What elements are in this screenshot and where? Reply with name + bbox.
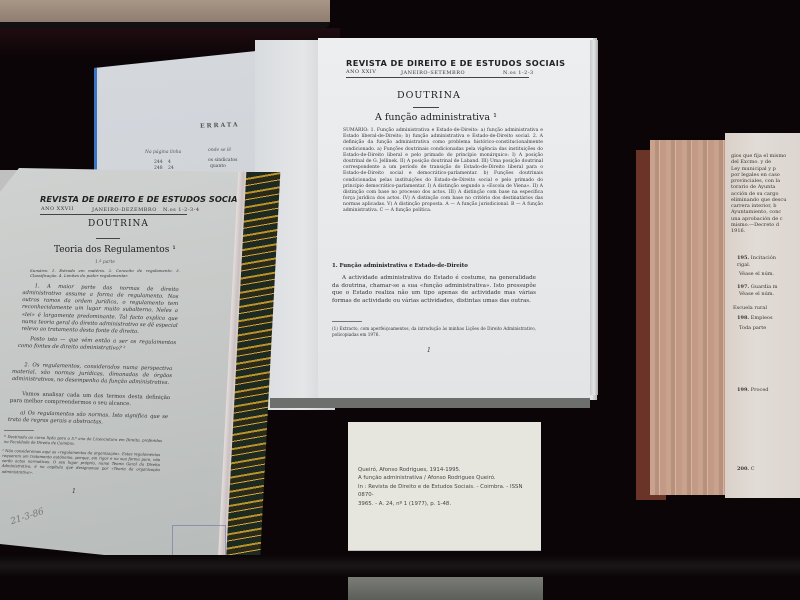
article-part: 1.ª parte [95, 260, 115, 265]
article-paragraph: Posto isto — que vêm então a ser os regu… [18, 336, 176, 354]
entry-text: Incitación [751, 255, 776, 261]
masthead-rule [40, 214, 187, 215]
entry-number: 195. [737, 255, 749, 261]
errata-row-page: 248 [154, 166, 163, 171]
book-base [270, 398, 590, 408]
center-journal-page: REVISTA DE DIREITO E DE ESTUDOS SOCIAIS … [318, 38, 593, 400]
errata-row-line: 24 [168, 166, 174, 171]
page-edges [590, 40, 598, 395]
entry: 198. Empleos [737, 315, 773, 321]
footnote: ² Não consideramos aqui os «regulamentos… [2, 448, 161, 478]
right-book-text: gios que fija el mismo del Excmo. y de L… [731, 153, 786, 234]
right-book-page: gios que fija el mismo del Excmo. y de L… [725, 133, 800, 498]
entry-text: Proced [751, 387, 769, 393]
entry-text: Guardia m [751, 284, 778, 290]
entry: Véase el núm. [739, 291, 774, 297]
journal-issue: N.os 1-2-3-4 [163, 207, 200, 213]
entry: 197. Guardia m [737, 284, 777, 290]
section-title: DOUTRINA [88, 219, 149, 229]
section-rule [96, 238, 120, 239]
journal-masthead: REVISTA DE DIREITO E DE ESTUDOS SOCIAIS [346, 58, 565, 68]
card-issue: 3965. - A. 24, nº 1 (1977), p. 1-48. [358, 500, 538, 508]
article-paragraph: a) Os regulamentos são normas. Isto sign… [8, 410, 168, 428]
journal-year: ANO XXVII [41, 206, 74, 212]
errata-row-read: os sindicatos [208, 158, 237, 163]
page-number: 1 [72, 488, 76, 495]
footnote: (1) Extracto, com aperfeiçoamentos, da i… [332, 326, 536, 337]
errata-col-page: Na página linha [145, 150, 181, 155]
entry: 195. Incitación [737, 255, 776, 261]
display-shelf [0, 555, 800, 577]
page-number: 1 [427, 347, 431, 354]
entry-number: 197. [737, 284, 749, 290]
journal-issue: N.os 1-2-3 [503, 70, 534, 76]
text-line: 1916. [731, 228, 786, 234]
footnote-rule [332, 321, 362, 322]
journal-period: JANEIRO-DEZEMBRO [92, 207, 157, 213]
top-shelf-book [0, 0, 330, 28]
errata-row-line: 4 [168, 160, 171, 165]
article-title: Teoria dos Regulamentos ¹ [54, 245, 176, 255]
journal-period: JANEIRO-SETEMBRO [401, 70, 465, 76]
card-title: A função administrativa / Afonso Rodrigu… [358, 474, 538, 482]
footnote: * Destinado ao curso lição para o 5.º an… [4, 434, 162, 448]
entry-number: 199. [737, 387, 749, 393]
section-rule [413, 107, 439, 108]
card-author: Queiró, Afonso Rodrigues, 1914-1995. [358, 466, 538, 474]
summary-label: SUMÁRIO: [343, 128, 369, 133]
article-paragraph: A actividade administrativa do Estado é … [332, 275, 536, 305]
footnote-rule [4, 430, 34, 431]
text-line: Ayuntamiento, conc [731, 209, 786, 215]
library-stamp [172, 525, 226, 557]
entry: rigal. [737, 262, 750, 268]
article-paragraph: 2. Os regulamentos, considerados numa pe… [12, 362, 173, 388]
card-reflection [348, 577, 543, 600]
catalog-card-text: Queiró, Afonso Rodrigues, 1914-1995. A f… [358, 466, 538, 508]
errata-row-read: quanto [210, 164, 226, 169]
section-heading: 1. Função administrativa e Estado-de-Dir… [332, 263, 468, 269]
article-summary: Sumário: 1. Estrado em matéria. 2. Conce… [30, 268, 180, 279]
errata-row-page: 244 [154, 160, 163, 165]
masthead-rule [346, 77, 529, 78]
right-book-page-edges [650, 140, 732, 495]
entry-text: Empleos [751, 315, 773, 321]
entry: 200. C [737, 466, 755, 472]
article-paragraph: Vamos analisar cada um dos termos desta … [10, 391, 170, 409]
journal-year: ANO XXIV [346, 69, 376, 75]
entry-text: C [751, 466, 755, 472]
errata-col-read: onde se lê [208, 148, 231, 153]
article-paragraph: 1. A maior parte das normas de direito a… [21, 283, 178, 337]
entry: Escuela rural [733, 305, 767, 311]
entry: Véase el núm. [739, 271, 774, 277]
catalog-card: Queiró, Afonso Rodrigues, 1914-1995. A f… [348, 422, 541, 550]
section-title: DOUTRINA [397, 90, 461, 101]
entry-number: 198. [737, 315, 749, 321]
card-source: In : Revista de Direito e de Estudos Soc… [358, 483, 538, 500]
entry: Toda parte [739, 325, 766, 331]
journal-masthead: REVISTA DE DIREITO E DE ESTUDOS SOCIAIS [40, 194, 247, 204]
article-summary: SUMÁRIO: 1. Função administrativa e Esta… [343, 128, 543, 215]
text-line: acción de su cargo [731, 191, 786, 197]
article-title: A função administrativa ¹ [375, 112, 497, 123]
errata-title: ERRATA [200, 121, 240, 129]
entry: 199. Proced [737, 387, 769, 393]
summary-text: 1. Função administrativa e Estado-de-Dir… [343, 128, 543, 213]
text-line: una aprobación de c [731, 216, 786, 222]
entry-number: 200. [737, 466, 749, 472]
